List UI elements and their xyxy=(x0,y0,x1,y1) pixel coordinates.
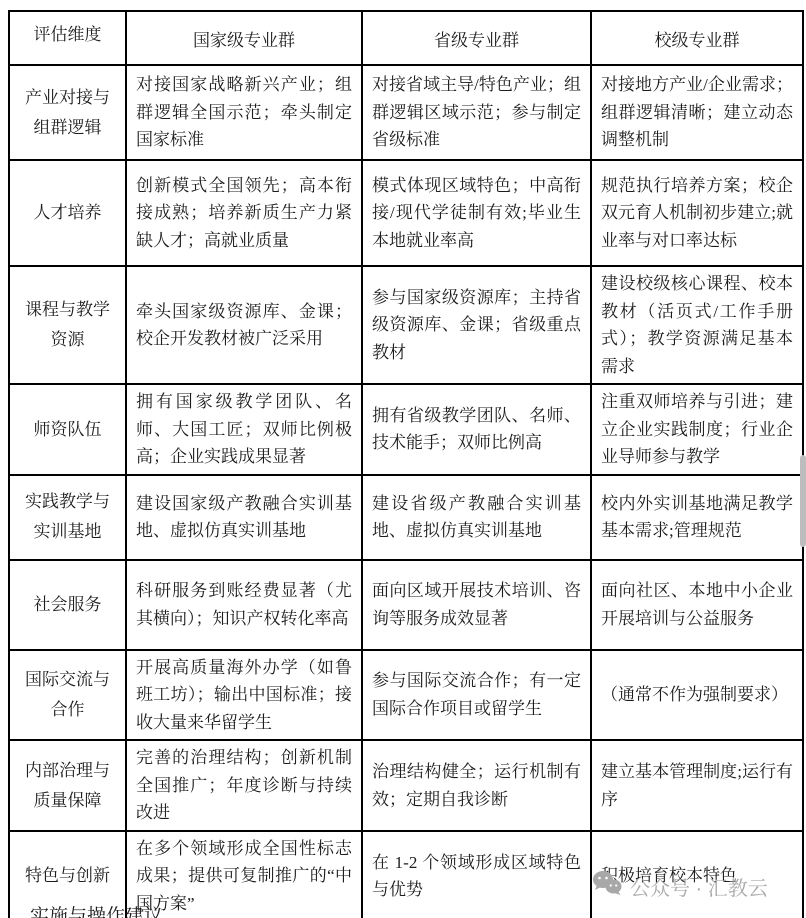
header-row: 评估维度 国家级专业群 省级专业群 校级专业群 xyxy=(9,11,803,65)
school-cell: （通常不作为强制要求） xyxy=(591,650,803,741)
clipped-footer-text: 实施与操作建议 xyxy=(30,905,270,918)
scrollbar-thumb[interactable] xyxy=(800,455,806,547)
table-row: 实践教学与实训基地 建设国家级产教融合实训基地、虚拟仿真实训基地 建设省级产教融… xyxy=(9,475,803,560)
watermark-text: 公众号 · 汇教云 xyxy=(630,872,768,901)
provincial-cell: 面向区域开展技术培训、咨询等服务成效显著 xyxy=(362,560,591,650)
provincial-cell: 参与国际交流合作；有一定国际合作项目或留学生 xyxy=(362,650,591,741)
dimension-cell: 社会服务 xyxy=(9,560,126,650)
table-row: 课程与教学资源 牵头国家级资源库、金课；校企开发教材被广泛采用 参与国家级资源库… xyxy=(9,266,803,384)
table-row: 师资队伍 拥有国家级教学团队、名师、大国工匠；双师比例极高；企业实践成果显著 拥… xyxy=(9,384,803,475)
dimension-cell: 产业对接与组群逻辑 xyxy=(9,65,126,160)
dimension-cell: 内部治理与质量保障 xyxy=(9,740,126,831)
header-provincial: 省级专业群 xyxy=(362,11,591,65)
dimension-cell: 师资队伍 xyxy=(9,384,126,475)
dimension-cell: 人才培养 xyxy=(9,160,126,266)
national-cell: 开展高质量海外办学（如鲁班工坊）；输出中国标准；接收大量来华留学生 xyxy=(126,650,362,741)
table-row: 社会服务 科研服务到账经费显著（尤其横向）；知识产权转化率高 面向区域开展技术培… xyxy=(9,560,803,650)
school-cell: 建立基本管理制度;运行有序 xyxy=(591,740,803,831)
dimension-cell: 国际交流与合作 xyxy=(9,650,126,741)
table-row: 内部治理与质量保障 完善的治理结构；创新机制全国推广；年度诊断与持续改进 治理结… xyxy=(9,740,803,831)
table-row: 产业对接与组群逻辑 对接国家战略新兴产业；组群逻辑全国示范；牵头制定国家标准 对… xyxy=(9,65,803,160)
dimension-cell: 课程与教学资源 xyxy=(9,266,126,384)
header-school: 校级专业群 xyxy=(591,11,803,65)
national-cell: 科研服务到账经费显著（尤其横向）；知识产权转化率高 xyxy=(126,560,362,650)
national-cell: 创新模式全国领先；高本衔接成熟；培养新质生产力紧缺人才；高就业质量 xyxy=(126,160,362,266)
school-cell: 规范执行培养方案；校企双元育人机制初步建立;就业率与对口率达标 xyxy=(591,160,803,266)
watermark: 公众号 · 汇教云 xyxy=(592,869,792,903)
header-national: 国家级专业群 xyxy=(126,11,362,65)
school-cell: 注重双师培养与引进；建立企业实践制度；行业企业导师参与教学 xyxy=(591,384,803,475)
provincial-cell: 建设省级产教融合实训基地、虚拟仿真实训基地 xyxy=(362,475,591,560)
dimension-cell: 实践教学与实训基地 xyxy=(9,475,126,560)
provincial-cell: 拥有省级教学团队、名师、技术能手；双师比例高 xyxy=(362,384,591,475)
national-cell: 对接国家战略新兴产业；组群逻辑全国示范；牵头制定国家标准 xyxy=(126,65,362,160)
national-cell: 牵头国家级资源库、金课；校企开发教材被广泛采用 xyxy=(126,266,362,384)
header-dimension: 评估维度 xyxy=(9,11,126,65)
table-row: 国际交流与合作 开展高质量海外办学（如鲁班工坊）；输出中国标准；接收大量来华留学… xyxy=(9,650,803,741)
provincial-cell: 对接省域主导/特色产业；组群逻辑区域示范；参与制定省级标准 xyxy=(362,65,591,160)
national-cell: 拥有国家级教学团队、名师、大国工匠；双师比例极高；企业实践成果显著 xyxy=(126,384,362,475)
school-cell: 建设校级核心课程、校本教材（活页式/工作手册式）；教学资源满足基本需求 xyxy=(591,266,803,384)
wechat-icon xyxy=(592,870,622,902)
national-cell: 完善的治理结构；创新机制全国推广；年度诊断与持续改进 xyxy=(126,740,362,831)
provincial-cell: 模式体现区域特色；中高衔接/现代学徒制有效;毕业生本地就业率高 xyxy=(362,160,591,266)
national-cell: 建设国家级产教融合实训基地、虚拟仿真实训基地 xyxy=(126,475,362,560)
evaluation-table: 评估维度 国家级专业群 省级专业群 校级专业群 产业对接与组群逻辑 对接国家战略… xyxy=(8,10,804,918)
provincial-cell: 治理结构健全；运行机制有效；定期自我诊断 xyxy=(362,740,591,831)
school-cell: 对接地方产业/企业需求；组群逻辑清晰；建立动态调整机制 xyxy=(591,65,803,160)
provincial-cell: 在 1-2 个领域形成区域特色与优势 xyxy=(362,831,591,918)
school-cell: 面向社区、本地中小企业开展培训与公益服务 xyxy=(591,560,803,650)
provincial-cell: 参与国家级资源库；主持省级资源库、金课；省级重点教材 xyxy=(362,266,591,384)
table-row: 人才培养 创新模式全国领先；高本衔接成熟；培养新质生产力紧缺人才；高就业质量 模… xyxy=(9,160,803,266)
school-cell: 校内外实训基地满足教学基本需求;管理规范 xyxy=(591,475,803,560)
